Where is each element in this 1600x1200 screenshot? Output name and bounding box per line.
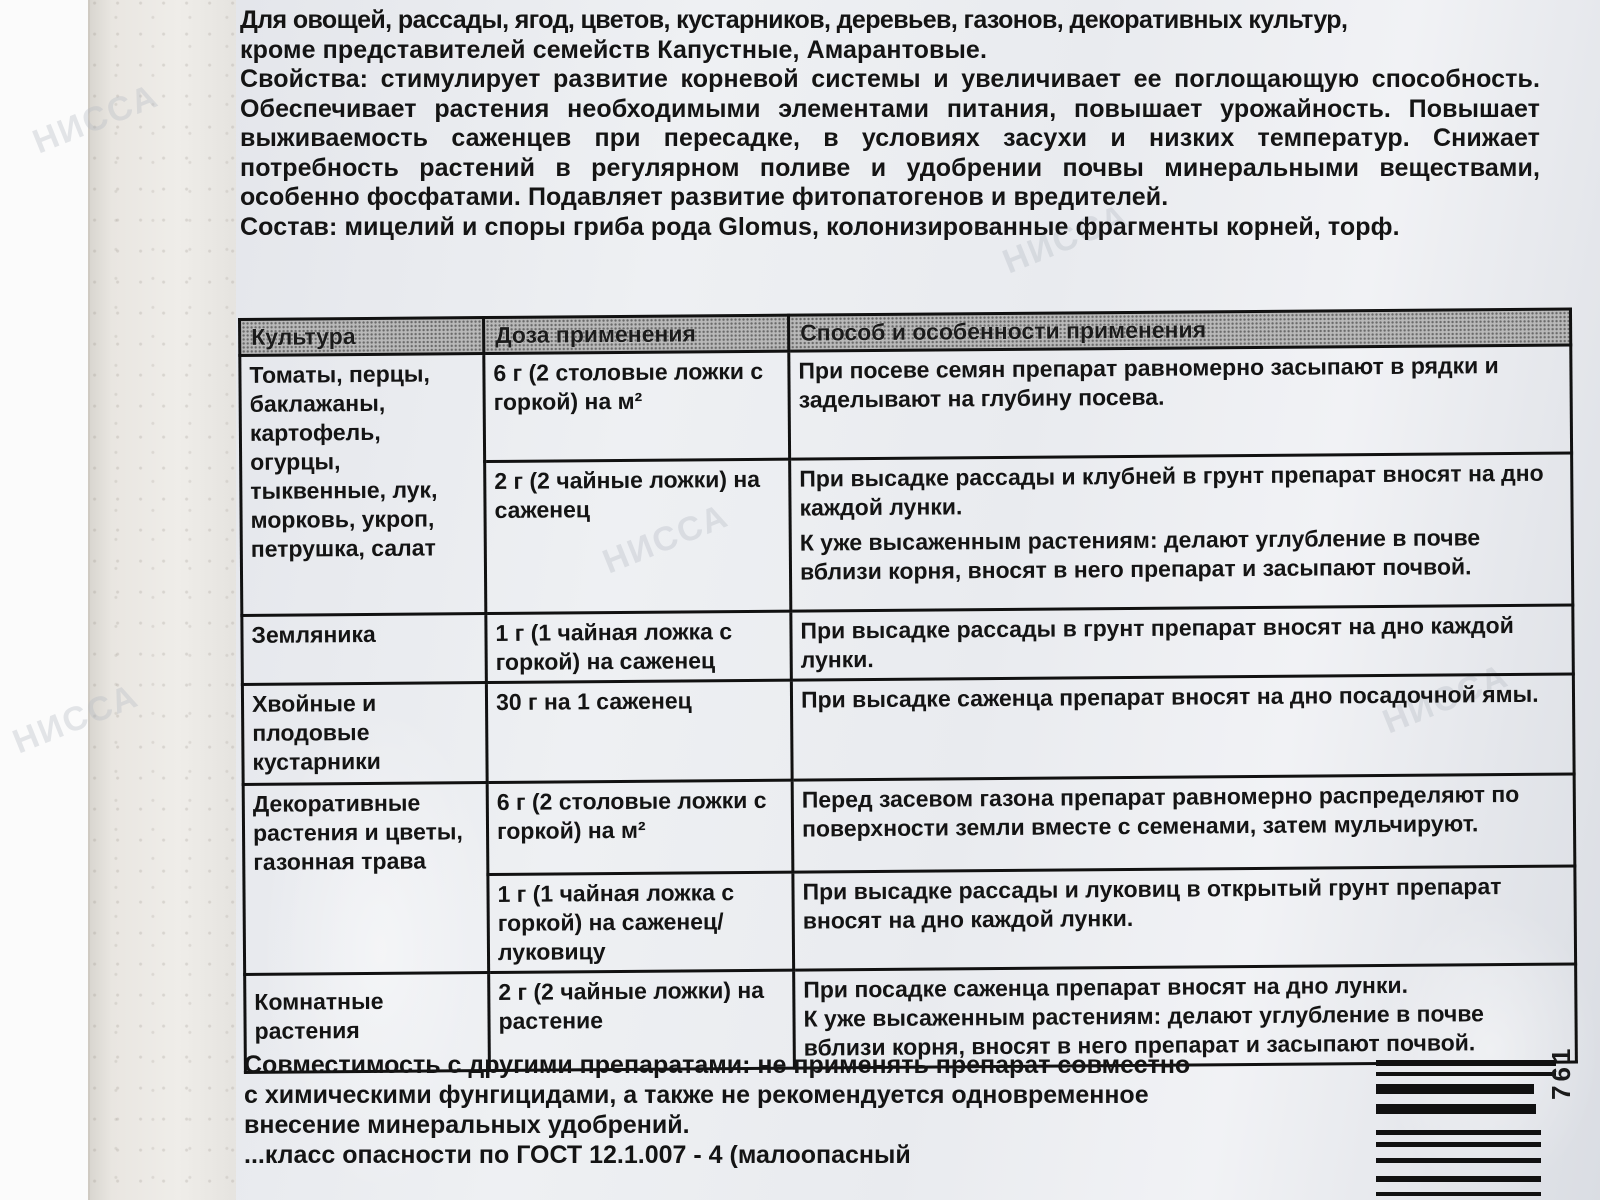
table-row: Хвойные и плодовые кустарники 30 г на 1 … (242, 674, 1574, 784)
dosage-table: Культура Доза применения Способ и особен… (238, 308, 1578, 1074)
usage-text: Для овощей, рассады, ягод, цветов, куста… (240, 6, 1540, 36)
properties-label: Свойства: (240, 65, 368, 93)
method-text: При посеве семян препарат равномерно зас… (798, 351, 1561, 415)
dose-cell: 2 г (2 чайные ложки) на саженец (485, 459, 791, 613)
dose-cell: 6 г (2 столовые ложки с горкой) на м² (487, 780, 793, 874)
compatibility-paragraph: Совместимость с другими препаратами: не … (244, 1050, 1204, 1140)
method-text: При высадке рассады и луковиц в открытый… (802, 872, 1565, 936)
composition-text: мицелий и споры гриба рода Glomus, колон… (345, 213, 1400, 241)
header-crop: Культура (240, 318, 484, 356)
header-method: Способ и особенности применения (788, 309, 1570, 351)
background (0, 0, 88, 1200)
description: Для овощей, рассады, ягод, цветов, куста… (240, 6, 1540, 242)
compatibility-section: Совместимость с другими препаратами: не … (244, 1050, 1204, 1170)
header-dose: Доза применения (484, 315, 789, 353)
method-cell: При высадке рассады и клубней в грунт пр… (790, 453, 1573, 611)
method-cell: Перед засевом газона препарат равномерно… (792, 774, 1575, 872)
package-edge (88, 0, 238, 1200)
table-row: Томаты, перцы, баклажаны, картофель, огу… (240, 345, 1572, 463)
method-text: К уже высаженным растениям: делают углуб… (800, 523, 1563, 587)
method-cell: При высадке рассады и луковиц в открытый… (793, 866, 1576, 970)
barcode-digits: 761 (1546, 1045, 1577, 1100)
method-text: При высадке рассады и клубней в грунт пр… (799, 459, 1562, 523)
dose-cell: 1 г (1 чайная ложка с горкой) на саженец (486, 611, 792, 682)
method-text: При высадке рассады в грунт препарат вно… (800, 611, 1563, 675)
table-row: Декоративные растения и цветы, газонная … (243, 774, 1575, 876)
dose-cell: 1 г (1 чайная ложка с горкой) на саженец… (488, 872, 794, 972)
crop-cell: Земляника (242, 614, 487, 685)
properties-text: стимулирует развитие корневой системы и … (240, 65, 1540, 211)
hazard-class-text: ...класс опасности по ГОСТ 12.1.007 - 4 … (244, 1140, 1204, 1170)
compatibility-label: Совместимость с другими препаратами: (244, 1051, 750, 1079)
composition-paragraph: Состав: мицелий и споры гриба рода Glomu… (240, 213, 1540, 243)
method-text: При высадке саженца препарат вносят на д… (801, 680, 1564, 715)
properties-paragraph: Свойства: стимулирует развитие корневой … (240, 65, 1540, 213)
crop-cell: Декоративные растения и цветы, газонная … (243, 783, 488, 975)
exclusion-text: кроме представителей семейств Капустные,… (240, 36, 1540, 66)
composition-label: Состав: (240, 213, 337, 241)
barcode (1376, 1058, 1556, 1200)
dose-cell: 30 г на 1 саженец (486, 680, 792, 782)
crop-cell: Томаты, перцы, баклажаны, картофель, огу… (240, 354, 486, 616)
crop-cell: Хвойные и плодовые кустарники (242, 683, 487, 785)
dose-cell: 6 г (2 столовые ложки с горкой) на м² (484, 351, 790, 461)
method-cell: При посеве семян препарат равномерно зас… (789, 345, 1572, 459)
method-cell: При высадке рассады в грунт препарат вно… (791, 605, 1574, 680)
method-cell: При высадке саженца препарат вносят на д… (791, 674, 1574, 780)
table-row: Земляника 1 г (1 чайная ложка с горкой) … (242, 605, 1574, 684)
method-text: Перед засевом газона препарат равномерно… (802, 780, 1565, 844)
